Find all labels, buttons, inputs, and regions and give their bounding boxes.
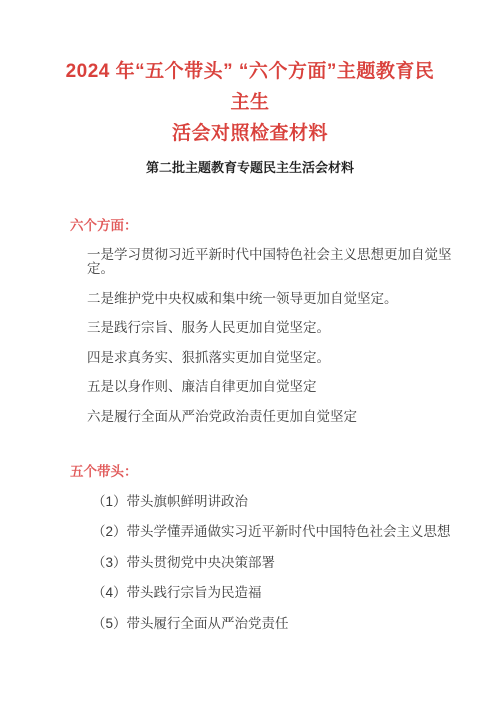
list-item: 五是以身作则、廉洁自律更加自觉坚定: [70, 380, 472, 394]
list-item: 二是维护党中央权威和集中统一领导更加自觉坚定。: [70, 292, 472, 306]
section-five-leads: 五个带头： （1）带头旗帜鲜明讲政治（2）带头学懂弄通做实习近平新时代中国特色社…: [0, 465, 500, 631]
five-leads-list: （1）带头旗帜鲜明讲政治（2）带头学懂弄通做实习近平新时代中国特色社会主义思想（…: [70, 495, 472, 631]
list-item: （5）带头履行全面从严治党责任: [70, 617, 472, 631]
title-line-1: 2024 年“五个带头” “六个方面”主题教育民主生: [64, 56, 436, 118]
six-aspects-list: 一是学习贯彻习近平新时代中国特色社会主义思想更加自觉坚定。二是维护党中央权威和集…: [70, 248, 472, 424]
section-heading-six-aspects: 六个方面：: [70, 219, 472, 233]
list-item: （3）带头贯彻党中央决策部署: [70, 556, 472, 570]
list-item: （2）带头学懂弄通做实习近平新时代中国特色社会主义思想: [70, 525, 472, 539]
document-title: 2024 年“五个带头” “六个方面”主题教育民主生 活会对照检查材料: [64, 56, 436, 149]
list-item: 六是履行全面从严治党政治责任更加自觉坚定: [70, 410, 472, 424]
list-item: 四是求真务实、狠抓落实更加自觉坚定。: [70, 351, 472, 365]
section-heading-five-leads: 五个带头：: [70, 465, 472, 479]
list-item: （4）带头践行宗旨为民造福: [70, 586, 472, 600]
list-item: 一是学习贯彻习近平新时代中国特色社会主义思想更加自觉坚定。: [70, 248, 472, 276]
section-six-aspects: 六个方面： 一是学习贯彻习近平新时代中国特色社会主义思想更加自觉坚定。二是维护党…: [0, 219, 500, 424]
list-item: （1）带头旗帜鲜明讲政治: [70, 495, 472, 509]
document-subtitle: 第二批主题教育专题民主生活会材料: [0, 159, 500, 176]
title-line-2: 活会对照检查材料: [64, 118, 436, 149]
list-item: 三是践行宗旨、服务人民更加自觉坚定。: [70, 321, 472, 335]
document-page: 2024 年“五个带头” “六个方面”主题教育民主生 活会对照检查材料 第二批主…: [0, 0, 500, 707]
